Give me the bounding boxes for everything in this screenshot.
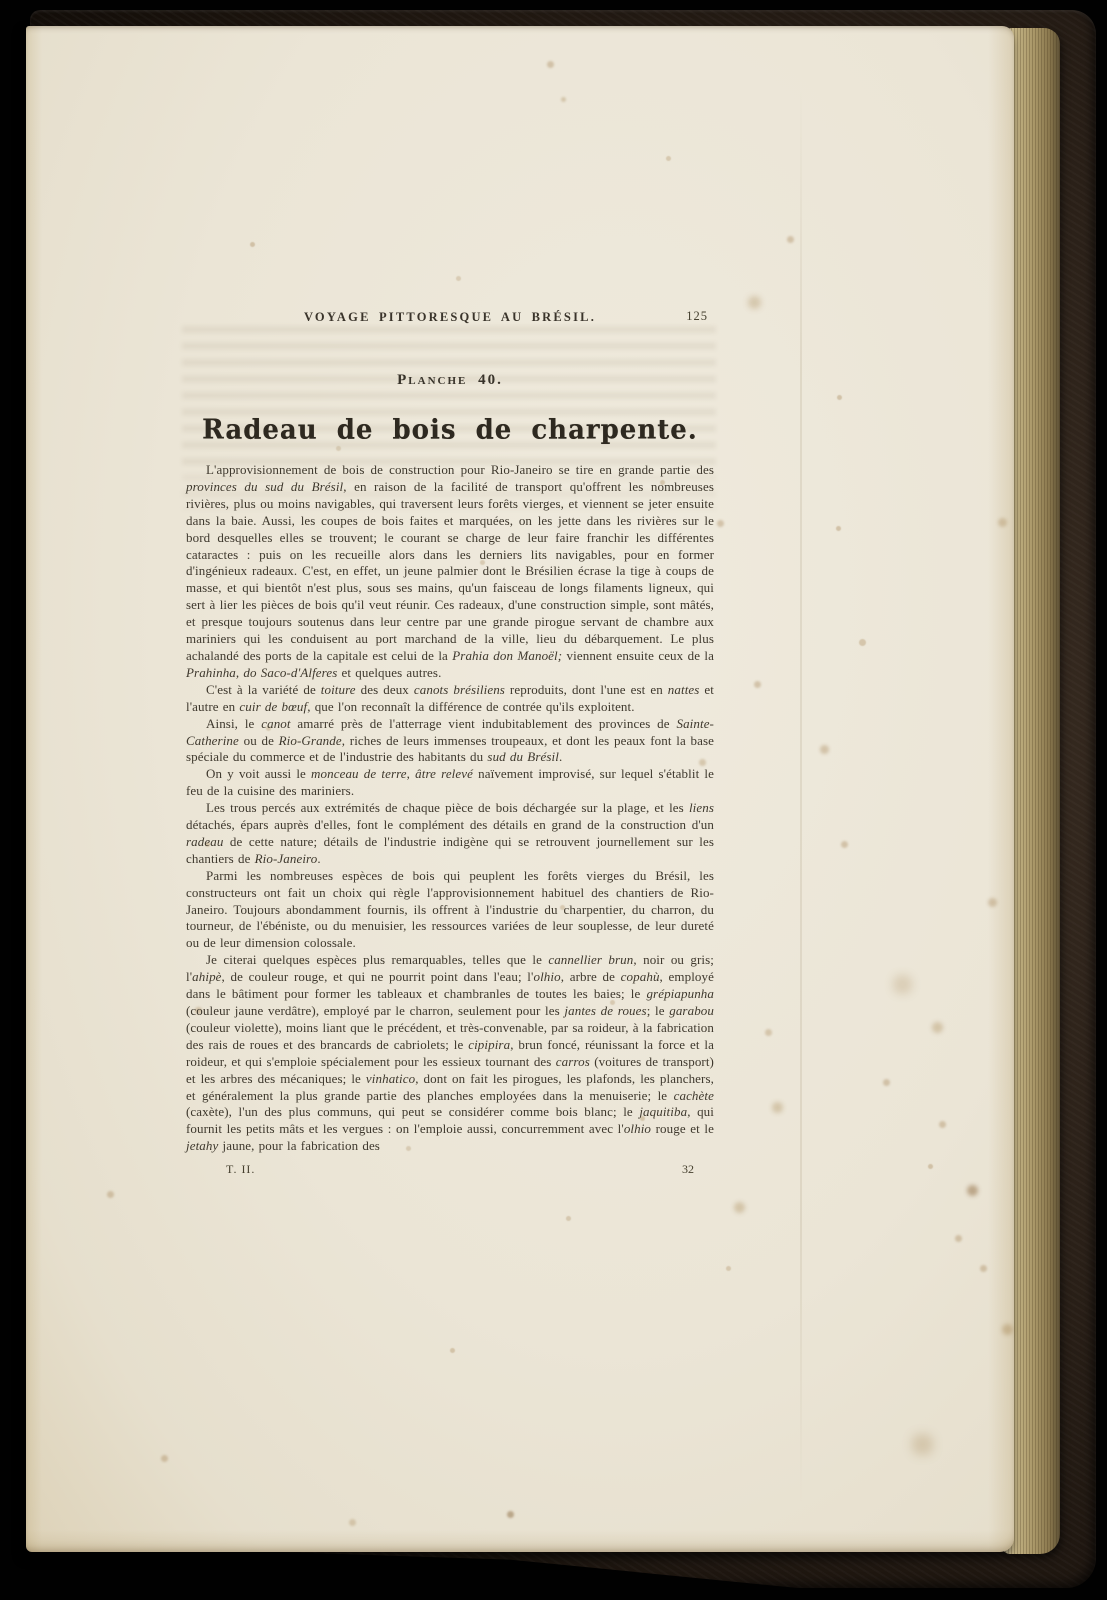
paragraph: Ainsi, le canot amarré près de l'atterra… (186, 716, 714, 767)
tome-label: T. II. (226, 1162, 255, 1177)
body-text: L'approvisionnement de bois de construct… (186, 462, 714, 1155)
paragraph: On y voit aussi le monceau de terre, âtr… (186, 766, 714, 800)
paper-crease (800, 86, 802, 1506)
page-number: 125 (686, 309, 708, 324)
book-page: VOYAGE PITTORESQUE AU BRÉSIL. 125 Planch… (26, 26, 1014, 1552)
foxing-stains (26, 26, 31, 31)
paragraph: Parmi les nombreuses espèces de bois qui… (186, 868, 714, 953)
plate-label: Planche 40. (186, 372, 714, 389)
running-head-row: VOYAGE PITTORESQUE AU BRÉSIL. 125 (186, 308, 714, 326)
signature-number: 32 (682, 1162, 694, 1177)
text-column: VOYAGE PITTORESQUE AU BRÉSIL. 125 Planch… (186, 26, 714, 1155)
paragraph: L'approvisionnement de bois de construct… (186, 462, 714, 682)
running-head: VOYAGE PITTORESQUE AU BRÉSIL. (304, 310, 596, 324)
paragraph: Les trous percés aux extrémités de chaqu… (186, 800, 714, 868)
footer-row: T. II. 32 (186, 1162, 714, 1178)
paragraph: C'est à la variété de toiture des deux c… (186, 682, 714, 716)
paragraph: Je citerai quelques espèces plus remarqu… (186, 952, 714, 1155)
book-photo: VOYAGE PITTORESQUE AU BRÉSIL. 125 Planch… (0, 0, 1107, 1600)
plate-title: Radeau de bois de charpente. (186, 414, 714, 445)
